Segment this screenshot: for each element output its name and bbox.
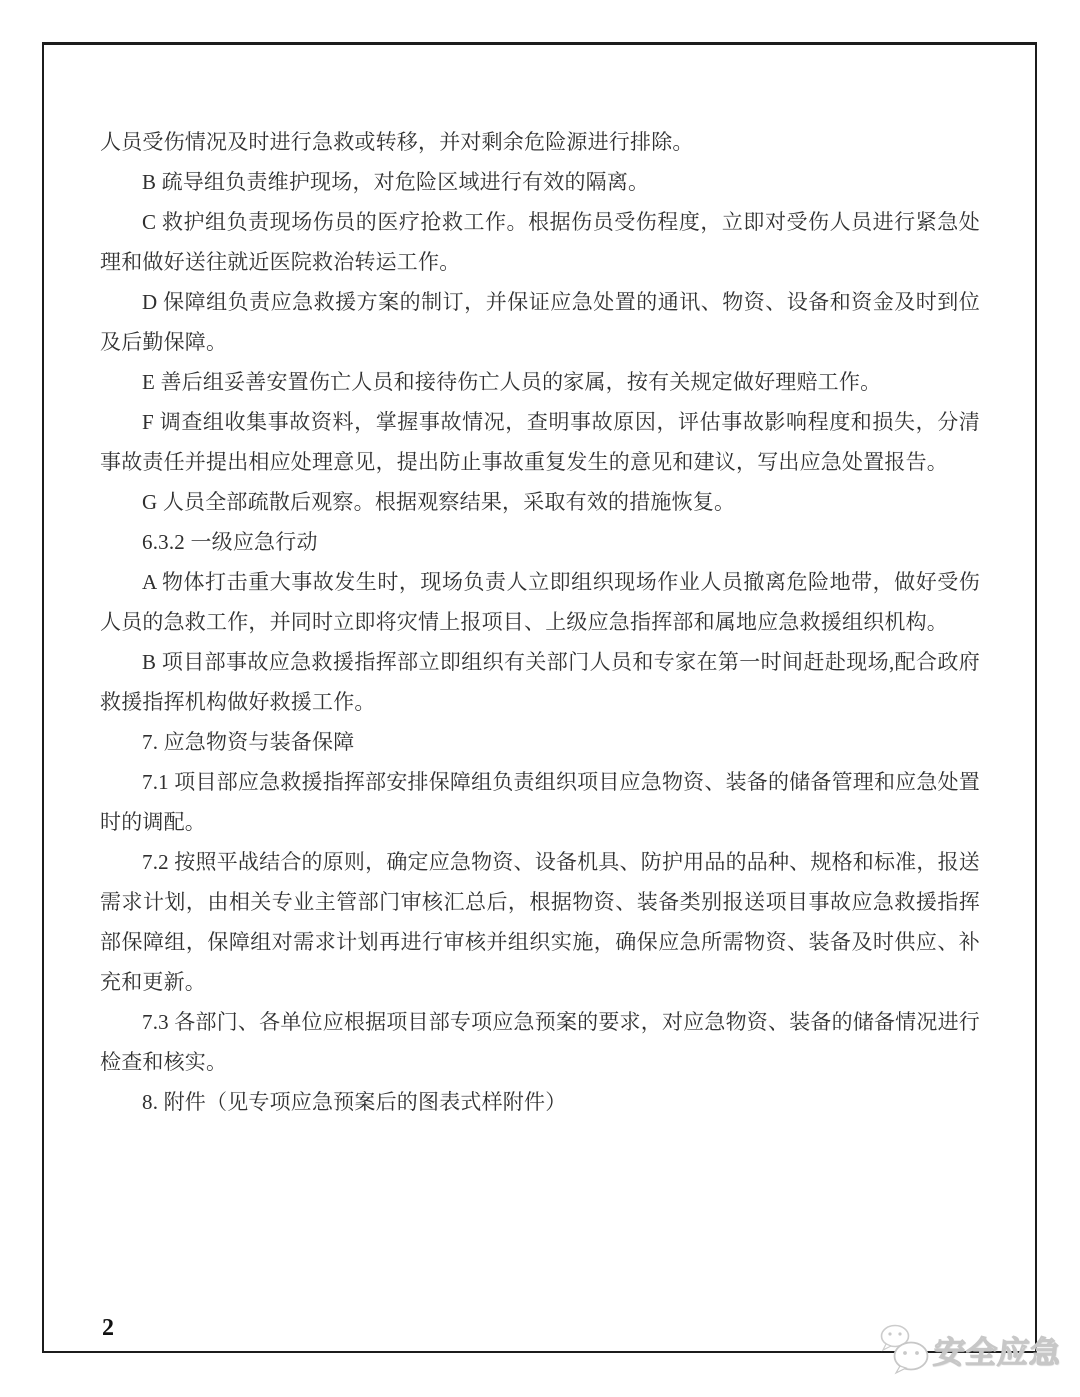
- paragraph: E 善后组妥善安置伤亡人员和接待伤亡人员的家属，按有关规定做好理赔工作。: [100, 362, 980, 402]
- document-page: 人员受伤情况及时进行急救或转移，并对剩余危险源进行排除。B 疏导组负责维护现场，…: [0, 0, 1080, 1397]
- document-body: 人员受伤情况及时进行急救或转移，并对剩余危险源进行排除。B 疏导组负责维护现场，…: [100, 122, 980, 1122]
- paragraph: D 保障组负责应急救援方案的制订，并保证应急处置的通讯、物资、设备和资金及时到位…: [100, 282, 980, 362]
- paragraph: 7.1 项目部应急救援指挥部安排保障组负责组织项目应急物资、装备的储备管理和应急…: [100, 762, 980, 842]
- paragraph: B 项目部事故应急救援指挥部立即组织有关部门人员和专家在第一时间赶赴现场,配合政…: [100, 642, 980, 722]
- paragraph: F 调查组收集事故资料，掌握事故情况，查明事故原因，评估事故影响程度和损失，分清…: [100, 402, 980, 482]
- paragraph: 6.3.2 一级应急行动: [100, 522, 980, 562]
- paragraph: 人员受伤情况及时进行急救或转移，并对剩余危险源进行排除。: [100, 122, 980, 162]
- paragraph: 8. 附件（见专项应急预案后的图表式样附件）: [100, 1082, 980, 1122]
- wechat-icon: [878, 1323, 932, 1375]
- watermark-text: 安全应急: [932, 1327, 1065, 1372]
- paragraph: 7.3 各部门、各单位应根据项目部专项应急预案的要求，对应急物资、装备的储备情况…: [100, 1002, 980, 1082]
- paragraph: B 疏导组负责维护现场，对危险区域进行有效的隔离。: [100, 162, 980, 202]
- paragraph: 7. 应急物资与装备保障: [100, 722, 980, 762]
- paragraph: 7.2 按照平战结合的原则，确定应急物资、设备机具、防护用品的品种、规格和标准，…: [100, 842, 980, 1002]
- watermark: 安全应急: [878, 1316, 1062, 1382]
- paragraph: C 救护组负责现场伤员的医疗抢救工作。根据伤员受伤程度，立即对受伤人员进行紧急处…: [100, 202, 980, 282]
- paragraph: A 物体打击重大事故发生时，现场负责人立即组织现场作业人员撤离危险地带，做好受伤…: [100, 562, 980, 642]
- page-number: 2: [102, 1316, 114, 1340]
- paragraph: G 人员全部疏散后观察。根据观察结果，采取有效的措施恢复。: [100, 482, 980, 522]
